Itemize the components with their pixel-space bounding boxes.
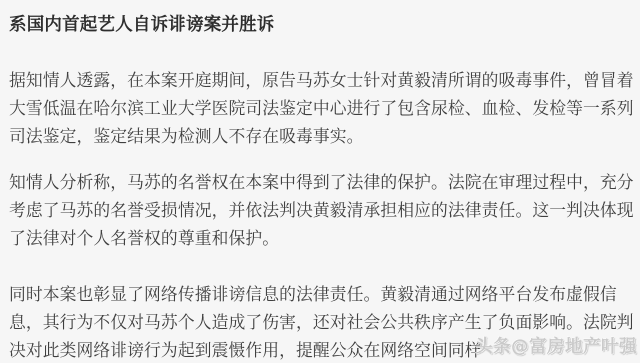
text-line: 同时本案也彰显了网络传播诽谤信息的法律责任。黄毅清通过网络平台发布虚假信 bbox=[9, 280, 631, 308]
text-line: 考虑了马苏的名誉受损情况，并依法判决黄毅清承担相应的法律责任。这一判决体现 bbox=[9, 196, 631, 224]
text-line: 司法鉴定，鉴定结果为检测人不存在吸毒事实。 bbox=[9, 122, 631, 150]
toutiao-watermark: 头条@富房地产叶强 bbox=[475, 333, 637, 358]
text-line: 知情人分析称，马苏的名誉权在本案中得到了法律的保护。法院在审理过程中，充分 bbox=[9, 168, 631, 196]
text-line: 息，其行为不仅对马苏个人造成了伤害，还对社会公共秩序产生了负面影响。法院判 bbox=[9, 308, 631, 336]
text-line: 大雪低温在哈尔滨工业大学医院司法鉴定中心进行了包含尿检、血检、发检等一系列 bbox=[9, 94, 631, 122]
paragraph: 知情人分析称，马苏的名誉权在本案中得到了法律的保护。法院在审理过程中，充分 考虑… bbox=[9, 168, 631, 252]
article-title: 系国内首起艺人自诉诽谤案并胜诉 bbox=[9, 0, 631, 36]
paragraph: 据知情人透露，在本案开庭期间，原告马苏女士针对黄毅清所谓的吸毒事件，曾冒着 大雪… bbox=[9, 66, 631, 150]
text-line: 了法律对个人名誉权的尊重和保护。 bbox=[9, 224, 631, 252]
article-page: 系国内首起艺人自诉诽谤案并胜诉 据知情人透露，在本案开庭期间，原告马苏女士针对黄… bbox=[0, 0, 640, 363]
text-line: 据知情人透露，在本案开庭期间，原告马苏女士针对黄毅清所谓的吸毒事件，曾冒着 bbox=[9, 66, 631, 94]
